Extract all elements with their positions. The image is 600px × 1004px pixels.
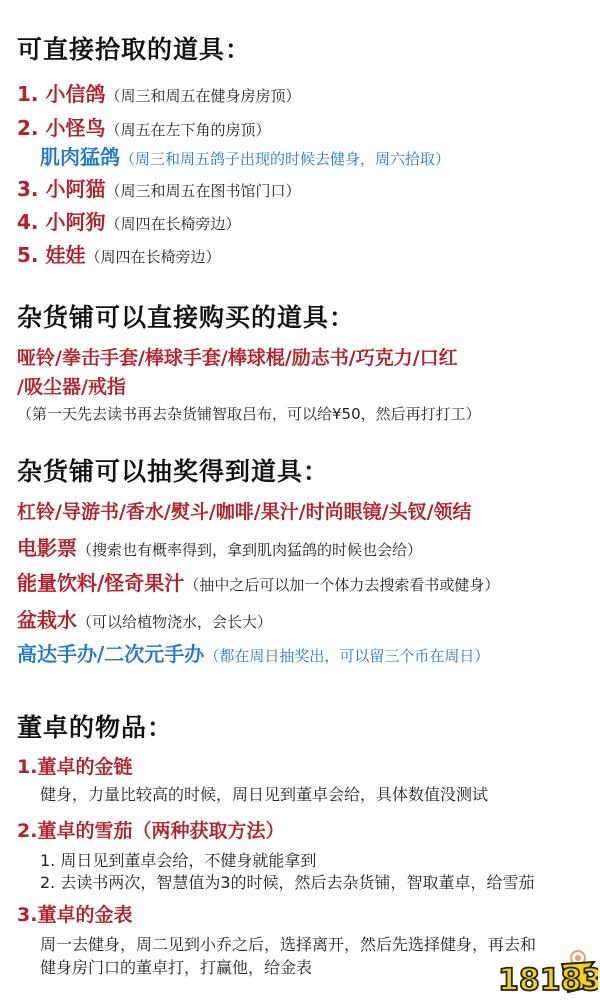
list-item: 4. 小阿狗（周四在长椅旁边） bbox=[17, 206, 241, 235]
item-name: 5. 娃娃 bbox=[17, 243, 85, 267]
dongzhuo-item-text: 健身房门口的董卓打，打赢他，给金表 bbox=[40, 955, 312, 978]
item-name: 电影票 bbox=[17, 536, 77, 560]
item-note: （周三和周五在健身房房顶） bbox=[105, 87, 300, 105]
lottery-items-line1: 杠铃/导游书/香水/熨斗/咖啡/果汁/时尚眼镜/头钗/领结 bbox=[17, 497, 472, 524]
item-note: （周四在长椅旁边） bbox=[85, 248, 220, 266]
dongzhuo-item-text: 2. 去读书两次，智慧值为3的时候，然后去杂货铺，智取董卓，给雪茄 bbox=[40, 870, 535, 893]
list-item: 肌肉猛鸽（周三和周五鸽子出现的时候去健身，周六拾取） bbox=[40, 141, 450, 170]
item-note: （搜索也有概率得到，拿到肌肉猛鸽的时候也会给） bbox=[77, 541, 422, 559]
buy-items-line2: /吸尘器/戒指 bbox=[17, 372, 126, 399]
list-item: 能量饮料/怪奇果汁（抽中之后可以加一个体力去搜索看书或健身） bbox=[17, 567, 499, 596]
item-name: 3. 小阿猫 bbox=[17, 177, 105, 201]
dongzhuo-item-text: 1. 周日见到董卓会给，不健身就能拿到 bbox=[40, 848, 316, 871]
item-name: 1. 小信鸽 bbox=[17, 82, 105, 106]
item-name: 能量饮料/怪奇果汁 bbox=[17, 571, 184, 595]
list-item: 盆栽水（可以给植物浇水，会长大） bbox=[17, 604, 272, 633]
heading-dongzhuo: 董卓的物品： bbox=[17, 708, 173, 744]
dongzhuo-item-text: 周一去健身，周二见到小乔之后，选择离开，然后先选择健身，再去和 bbox=[40, 932, 536, 955]
list-item: 电影票（搜索也有概率得到，拿到肌肉猛鸽的时候也会给） bbox=[17, 532, 422, 561]
item-note: （周五在左下角的房顶） bbox=[105, 121, 270, 139]
item-name: 2. 小怪鸟 bbox=[17, 116, 105, 140]
buy-items-line1: 哑铃/拳击手套/棒球手套/棒球棍/励志书/巧克力/口红 bbox=[17, 343, 458, 370]
item-note: （周三和周五鸽子出现的时候去健身，周六拾取） bbox=[120, 150, 450, 168]
heading-lottery: 杂货铺可以抽奖得到道具： bbox=[17, 452, 329, 488]
item-name: 高达手办/二次元手办 bbox=[17, 642, 204, 666]
heading-pickup: 可直接拾取的道具： bbox=[17, 30, 251, 66]
dongzhuo-item-title: 3.董卓的金表 bbox=[17, 900, 132, 927]
heading-buy: 杂货铺可以直接购买的道具： bbox=[17, 298, 355, 334]
list-item: 1. 小信鸽（周三和周五在健身房房顶） bbox=[17, 78, 301, 107]
list-item: 2. 小怪鸟（周五在左下角的房顶） bbox=[17, 112, 271, 141]
item-note: （抽中之后可以加一个体力去搜索看书或健身） bbox=[184, 576, 499, 594]
list-item: 3. 小阿猫（周三和周五在图书馆门口） bbox=[17, 173, 301, 202]
site-logo-icon: 18183 bbox=[494, 948, 598, 998]
svg-text:18183: 18183 bbox=[498, 963, 598, 998]
dongzhuo-item-title: 2.董卓的雪茄（两种获取方法） bbox=[17, 816, 284, 843]
item-name: 肌肉猛鸽 bbox=[40, 145, 120, 169]
buy-note: （第一天先去读书再去杂货铺智取吕布，可以给¥50，然后再打打工） bbox=[17, 403, 481, 424]
item-note: （可以给植物浇水，会长大） bbox=[77, 613, 272, 631]
dongzhuo-item-text: 健身，力量比较高的时候，周日见到董卓会给，具体数值没测试 bbox=[40, 782, 488, 805]
item-name: 4. 小阿狗 bbox=[17, 210, 105, 234]
item-note: （周四在长椅旁边） bbox=[105, 215, 240, 233]
dongzhuo-item-title: 1.董卓的金链 bbox=[17, 752, 132, 779]
list-item: 5. 娃娃（周四在长椅旁边） bbox=[17, 239, 221, 268]
item-note: （周三和周五在图书馆门口） bbox=[105, 182, 300, 200]
item-name: 盆栽水 bbox=[17, 608, 77, 632]
list-item: 高达手办/二次元手办（都在周日抽奖出，可以留三个币在周日） bbox=[17, 638, 489, 667]
item-note: （都在周日抽奖出，可以留三个币在周日） bbox=[204, 647, 489, 665]
